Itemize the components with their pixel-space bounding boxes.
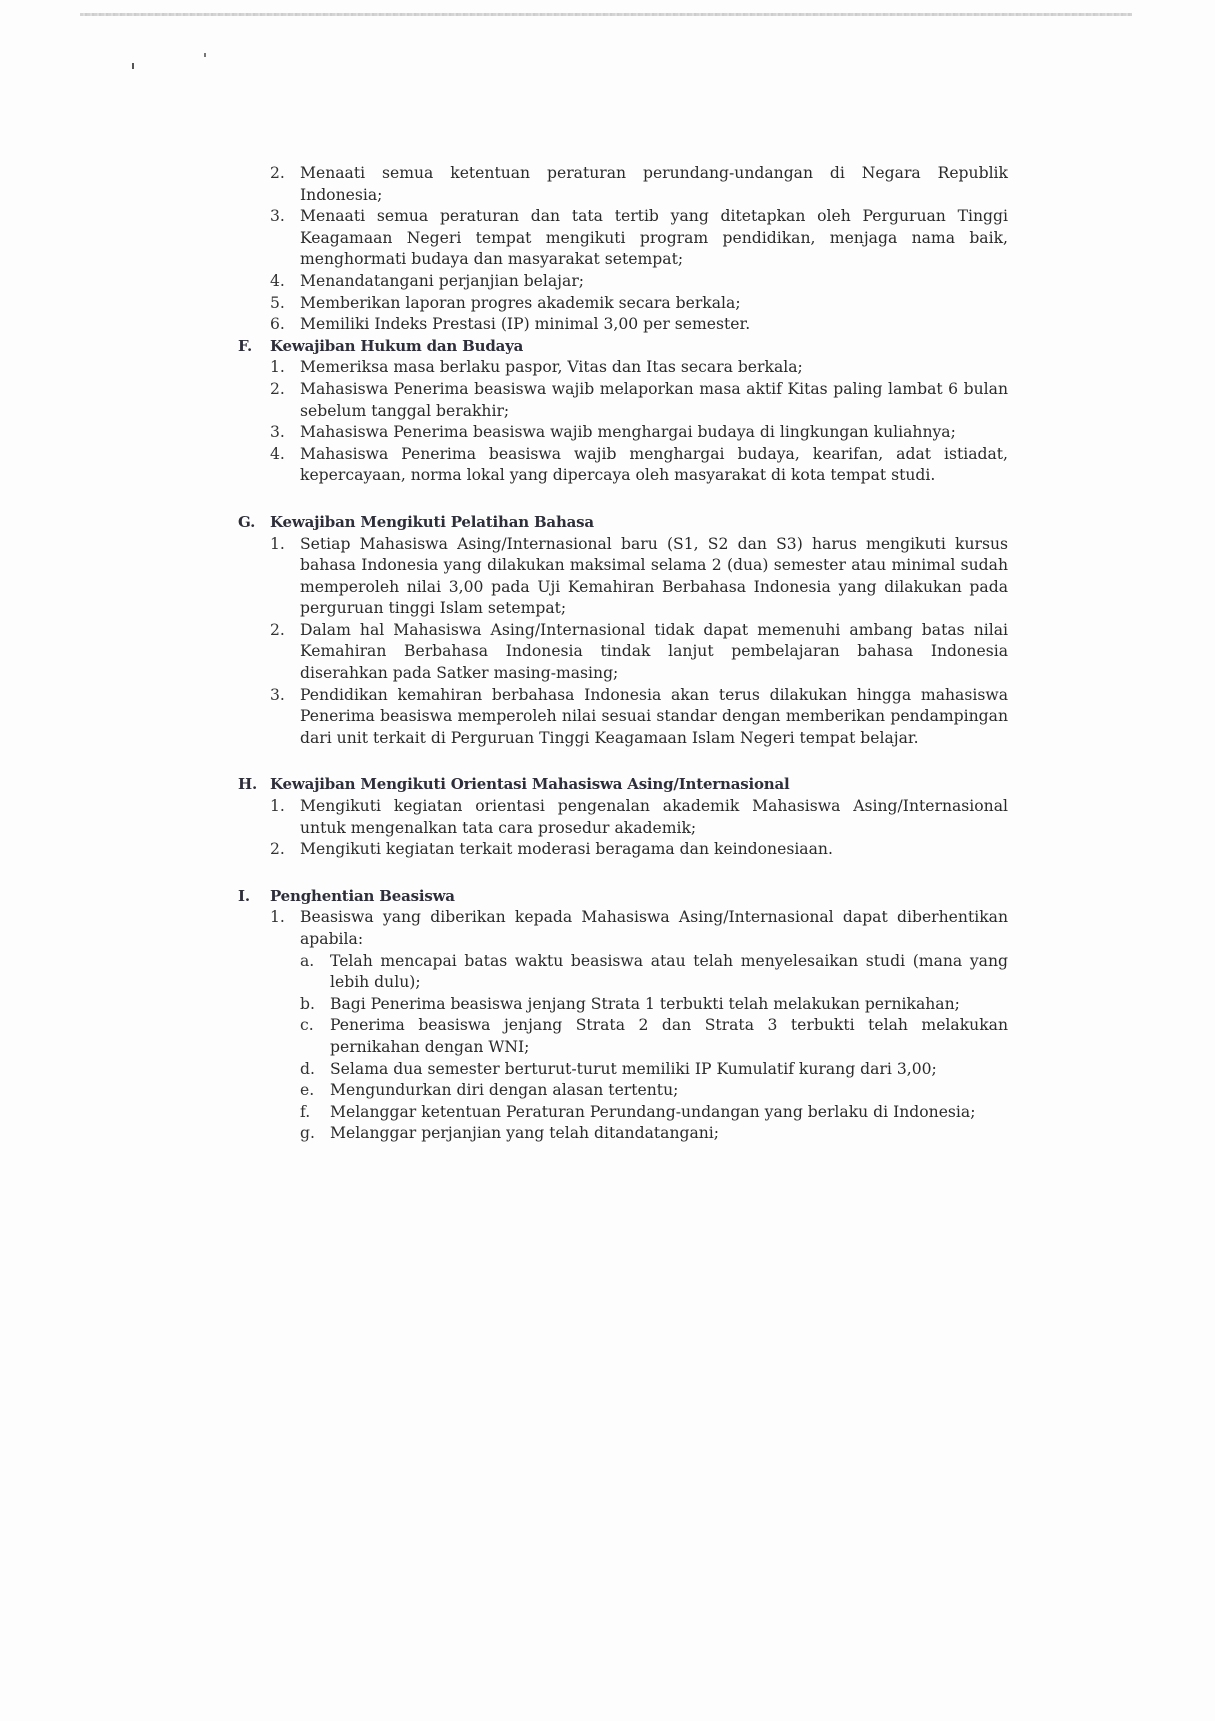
section-g: G.Kewajiban Mengikuti Pelatihan Bahasa1.… xyxy=(238,512,1008,750)
intro-section: 2.Menaati semua ketentuan peraturan peru… xyxy=(238,163,1008,336)
item-number: 1. xyxy=(270,796,300,839)
sub-item-letter: f. xyxy=(300,1102,330,1124)
item-text: Mahasiswa Penerima beasiswa wajib melapo… xyxy=(300,379,1008,422)
list-item: 4.Mahasiswa Penerima beasiswa wajib meng… xyxy=(270,444,1008,487)
sub-item-text: Melanggar perjanjian yang telah ditandat… xyxy=(330,1123,1008,1145)
section-letter: F. xyxy=(238,336,270,358)
item-text: Menaati semua peraturan dan tata tertib … xyxy=(300,206,1008,271)
item-text: Setiap Mahasiswa Asing/Internasional bar… xyxy=(300,534,1008,620)
sub-item-letter: d. xyxy=(300,1059,330,1081)
sub-item-text: Mengundurkan diri dengan alasan tertentu… xyxy=(330,1080,1008,1102)
sub-list-item: a.Telah mencapai batas waktu beasiswa at… xyxy=(300,951,1008,994)
item-text: Mahasiswa Penerima beasiswa wajib mengha… xyxy=(300,444,1008,487)
sub-item-letter: e. xyxy=(300,1080,330,1102)
item-number: 5. xyxy=(270,293,300,315)
list-item: 3.Menaati semua peraturan dan tata terti… xyxy=(270,206,1008,271)
item-text: Mengikuti kegiatan terkait moderasi bera… xyxy=(300,839,1008,861)
item-text: Menaati semua ketentuan peraturan perund… xyxy=(300,163,1008,206)
list-item: 2.Menaati semua ketentuan peraturan peru… xyxy=(270,163,1008,206)
sections-container: F.Kewajiban Hukum dan Budaya1.Memeriksa … xyxy=(238,336,1008,1145)
list-item: 1.Memeriksa masa berlaku paspor, Vitas d… xyxy=(270,357,1008,379)
item-number: 1. xyxy=(270,357,300,379)
item-text: Mahasiswa Penerima beasiswa wajib mengha… xyxy=(300,422,1008,444)
item-number: 4. xyxy=(270,271,300,293)
list-item: 1.Mengikuti kegiatan orientasi pengenala… xyxy=(270,796,1008,839)
sub-list-item: b.Bagi Penerima beasiswa jenjang Strata … xyxy=(300,994,1008,1016)
sub-item-letter: g. xyxy=(300,1123,330,1145)
item-number: 3. xyxy=(270,685,300,750)
section-heading: I.Penghentian Beasiswa xyxy=(238,886,1008,908)
section-heading: H.Kewajiban Mengikuti Orientasi Mahasisw… xyxy=(238,774,1008,796)
sub-item-text: Melanggar ketentuan Peraturan Perundang-… xyxy=(330,1102,1008,1124)
list-item: 3.Mahasiswa Penerima beasiswa wajib meng… xyxy=(270,422,1008,444)
sub-item-letter: c. xyxy=(300,1015,330,1058)
section-letter: I. xyxy=(238,886,270,908)
section-f: F.Kewajiban Hukum dan Budaya1.Memeriksa … xyxy=(238,336,1008,487)
section-list: 1.Mengikuti kegiatan orientasi pengenala… xyxy=(238,796,1008,861)
item-number: 2. xyxy=(270,379,300,422)
section-title: Penghentian Beasiswa xyxy=(270,886,455,908)
sub-list-item: g.Melanggar perjanjian yang telah ditand… xyxy=(300,1123,1008,1145)
section-i: I.Penghentian Beasiswa1.Beasiswa yang di… xyxy=(238,886,1008,1145)
item-number: 1. xyxy=(270,907,300,1145)
sub-item-letter: a. xyxy=(300,951,330,994)
section-heading: G.Kewajiban Mengikuti Pelatihan Bahasa xyxy=(238,512,1008,534)
sub-list-item: f.Melanggar ketentuan Peraturan Perundan… xyxy=(300,1102,1008,1124)
item-text: Memeriksa masa berlaku paspor, Vitas dan… xyxy=(300,357,1008,379)
sub-list-item: e.Mengundurkan diri dengan alasan terten… xyxy=(300,1080,1008,1102)
item-text: Menandatangani perjanjian belajar; xyxy=(300,271,1008,293)
section-list: 1.Memeriksa masa berlaku paspor, Vitas d… xyxy=(238,357,1008,487)
item-number: 4. xyxy=(270,444,300,487)
list-item: 3.Pendidikan kemahiran berbahasa Indones… xyxy=(270,685,1008,750)
item-number: 1. xyxy=(270,534,300,620)
section-title: Kewajiban Mengikuti Orientasi Mahasiswa … xyxy=(270,774,790,796)
item-number: 2. xyxy=(270,839,300,861)
list-item: 2.Mahasiswa Penerima beasiswa wajib mela… xyxy=(270,379,1008,422)
list-item: 2.Mengikuti kegiatan terkait moderasi be… xyxy=(270,839,1008,861)
item-number: 3. xyxy=(270,206,300,271)
sub-item-text: Penerima beasiswa jenjang Strata 2 dan S… xyxy=(330,1015,1008,1058)
sub-list-item: c.Penerima beasiswa jenjang Strata 2 dan… xyxy=(300,1015,1008,1058)
item-content: Beasiswa yang diberikan kepada Mahasiswa… xyxy=(300,907,1008,1145)
item-number: 2. xyxy=(270,163,300,206)
item-number: 3. xyxy=(270,422,300,444)
section-h: H.Kewajiban Mengikuti Orientasi Mahasisw… xyxy=(238,774,1008,860)
sub-item-text: Selama dua semester berturut-turut memil… xyxy=(330,1059,1008,1081)
item-text: Dalam hal Mahasiswa Asing/Internasional … xyxy=(300,620,1008,685)
list-item: 4.Menandatangani perjanjian belajar; xyxy=(270,271,1008,293)
section-letter: G. xyxy=(238,512,270,534)
scan-speck xyxy=(132,63,134,69)
list-item: 1.Setiap Mahasiswa Asing/Internasional b… xyxy=(270,534,1008,620)
list-item: 2.Dalam hal Mahasiswa Asing/Internasiona… xyxy=(270,620,1008,685)
item-text: Beasiswa yang diberikan kepada Mahasiswa… xyxy=(300,907,1008,950)
sub-item-text: Bagi Penerima beasiswa jenjang Strata 1 … xyxy=(330,994,1008,1016)
section-heading: F.Kewajiban Hukum dan Budaya xyxy=(238,336,1008,358)
sub-item-text: Telah mencapai batas waktu beasiswa atau… xyxy=(330,951,1008,994)
item-text: Pendidikan kemahiran berbahasa Indonesia… xyxy=(300,685,1008,750)
section-list: 1.Beasiswa yang diberikan kepada Mahasis… xyxy=(238,907,1008,1145)
list-item: 5.Memberikan laporan progres akademik se… xyxy=(270,293,1008,315)
section-title: Kewajiban Mengikuti Pelatihan Bahasa xyxy=(270,512,594,534)
sub-list: a.Telah mencapai batas waktu beasiswa at… xyxy=(300,951,1008,1145)
section-title: Kewajiban Hukum dan Budaya xyxy=(270,336,523,358)
scan-border-line xyxy=(80,13,1132,16)
list-item: 1.Beasiswa yang diberikan kepada Mahasis… xyxy=(270,907,1008,1145)
scan-speck xyxy=(204,53,206,57)
item-text: Mengikuti kegiatan orientasi pengenalan … xyxy=(300,796,1008,839)
sub-item-letter: b. xyxy=(300,994,330,1016)
item-number: 2. xyxy=(270,620,300,685)
item-number: 6. xyxy=(270,314,300,336)
item-text: Memiliki Indeks Prestasi (IP) minimal 3,… xyxy=(300,314,1008,336)
section-letter: H. xyxy=(238,774,270,796)
intro-list: 2.Menaati semua ketentuan peraturan peru… xyxy=(238,163,1008,336)
item-text: Memberikan laporan progres akademik seca… xyxy=(300,293,1008,315)
list-item: 6.Memiliki Indeks Prestasi (IP) minimal … xyxy=(270,314,1008,336)
document-page: 2.Menaati semua ketentuan peraturan peru… xyxy=(238,163,1008,1145)
section-list: 1.Setiap Mahasiswa Asing/Internasional b… xyxy=(238,534,1008,750)
sub-list-item: d.Selama dua semester berturut-turut mem… xyxy=(300,1059,1008,1081)
